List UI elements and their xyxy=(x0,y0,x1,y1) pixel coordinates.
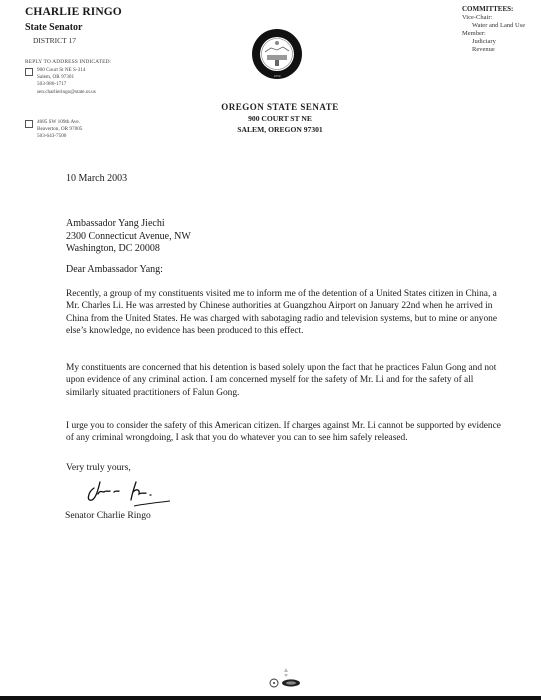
address-email: sen.charlieringo@state.or.us xyxy=(37,89,96,96)
senator-title: State Senator xyxy=(25,22,83,33)
senate-city: SALEM, OREGON 97301 xyxy=(180,124,380,135)
address-line: 4085 SW 109th Ave. xyxy=(37,119,82,126)
body-paragraph: I urge you to consider the safety of thi… xyxy=(66,420,506,445)
senate-street: 900 COURT ST NE xyxy=(180,113,380,124)
recipient-city: Washington, DC 20008 xyxy=(66,243,191,256)
body-paragraph: My constituents are concerned that his d… xyxy=(66,362,506,399)
closing: Very truly yours, xyxy=(66,462,131,473)
recycled-paper-icon xyxy=(284,668,288,677)
address-line: 503-643-7500 xyxy=(37,133,82,140)
scan-edge-bar xyxy=(0,696,541,700)
handwritten-signature-icon xyxy=(84,478,174,508)
senator-district: DISTRICT 17 xyxy=(33,36,76,45)
committee-item: Revenue xyxy=(462,46,525,54)
svg-text:1859: 1859 xyxy=(274,74,281,78)
address-option-district: 4085 SW 109th Ave. Beaverton, OR 97005 5… xyxy=(25,119,82,141)
committee-item: Judiciary xyxy=(462,38,525,46)
checkbox-icon xyxy=(25,68,33,76)
checkbox-icon xyxy=(25,120,33,128)
member-label: Member: xyxy=(462,30,525,38)
address-option-capitol: 900 Court St NE S-314 Salem, OR 97301 50… xyxy=(25,67,96,96)
body-paragraph: Recently, a group of my constituents vis… xyxy=(66,288,506,337)
address-line: 900 Court St NE S-314 xyxy=(37,67,96,74)
signer-name: Senator Charlie Ringo xyxy=(65,510,151,521)
committees-heading: COMMITTEES: xyxy=(462,5,525,13)
recipient-address: Ambassador Yang Jiechi 2300 Connecticut … xyxy=(66,218,191,256)
vice-chair-label: Vice-Chair: xyxy=(462,14,525,22)
senate-heading: OREGON STATE SENATE 900 COURT ST NE SALE… xyxy=(180,101,380,135)
address-line: 503-986-1717 xyxy=(37,81,96,88)
committees-block: COMMITTEES: Vice-Chair: Water and Land U… xyxy=(462,5,525,54)
recipient-name: Ambassador Yang Jiechi xyxy=(66,218,191,231)
letter-date: 10 March 2003 xyxy=(66,173,127,184)
senator-name: CHARLIE RINGO xyxy=(25,6,122,18)
senate-name: OREGON STATE SENATE xyxy=(180,101,380,113)
address-line: Beaverton, OR 97005 xyxy=(37,126,82,133)
state-seal-icon: 1859 xyxy=(251,28,303,80)
salutation: Dear Ambassador Yang: xyxy=(66,264,163,275)
recipient-street: 2300 Connecticut Avenue, NW xyxy=(66,231,191,244)
union-bug-icon xyxy=(263,666,313,688)
committee-item: Water and Land Use xyxy=(462,22,525,30)
address-line: Salem, OR 97301 xyxy=(37,74,96,81)
reply-label: REPLY TO ADDRESS INDICATED: xyxy=(25,59,111,65)
